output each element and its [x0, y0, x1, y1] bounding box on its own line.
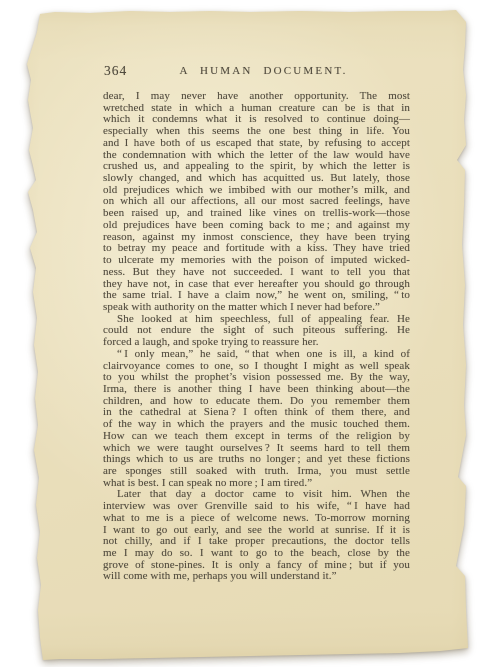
- scan-background: 364 A HUMAN DOCUMENT. dear, I may never …: [0, 0, 500, 667]
- text-line: speak with authority on the matter which…: [103, 302, 410, 314]
- running-title: A HUMAN DOCUMENT.: [103, 63, 410, 77]
- text-line: and I have both of us escaped that state…: [103, 138, 410, 150]
- page-text: dear, I may never have another opportuni…: [103, 91, 410, 583]
- page-content: 364 A HUMAN DOCUMENT. dear, I may never …: [0, 0, 500, 667]
- text-line: will come with me, perhaps you will unde…: [103, 571, 410, 583]
- text-line: old prejudices have been coming back to …: [103, 220, 410, 232]
- text-line: “ I only mean,” he said, “ that when one…: [103, 349, 410, 361]
- text-line: ness. But they have not succeeded. I wan…: [103, 267, 410, 279]
- text-line: How can we teach them except in terms of…: [103, 431, 410, 443]
- text-line: Irma, there is another thing I have been…: [103, 384, 410, 396]
- text-line: dear, I may never have another opportuni…: [103, 91, 410, 103]
- text-line: are sponges still soaked with truth. Irm…: [103, 466, 410, 478]
- text-line: what to me is a piece of welcome news. T…: [103, 513, 410, 525]
- page-number: 364: [104, 63, 127, 79]
- page-header: 364 A HUMAN DOCUMENT.: [103, 63, 410, 79]
- text-line: slowly changed, and which has acquitted …: [103, 173, 410, 185]
- text-line: me I may do so. I want to go to the beac…: [103, 548, 410, 560]
